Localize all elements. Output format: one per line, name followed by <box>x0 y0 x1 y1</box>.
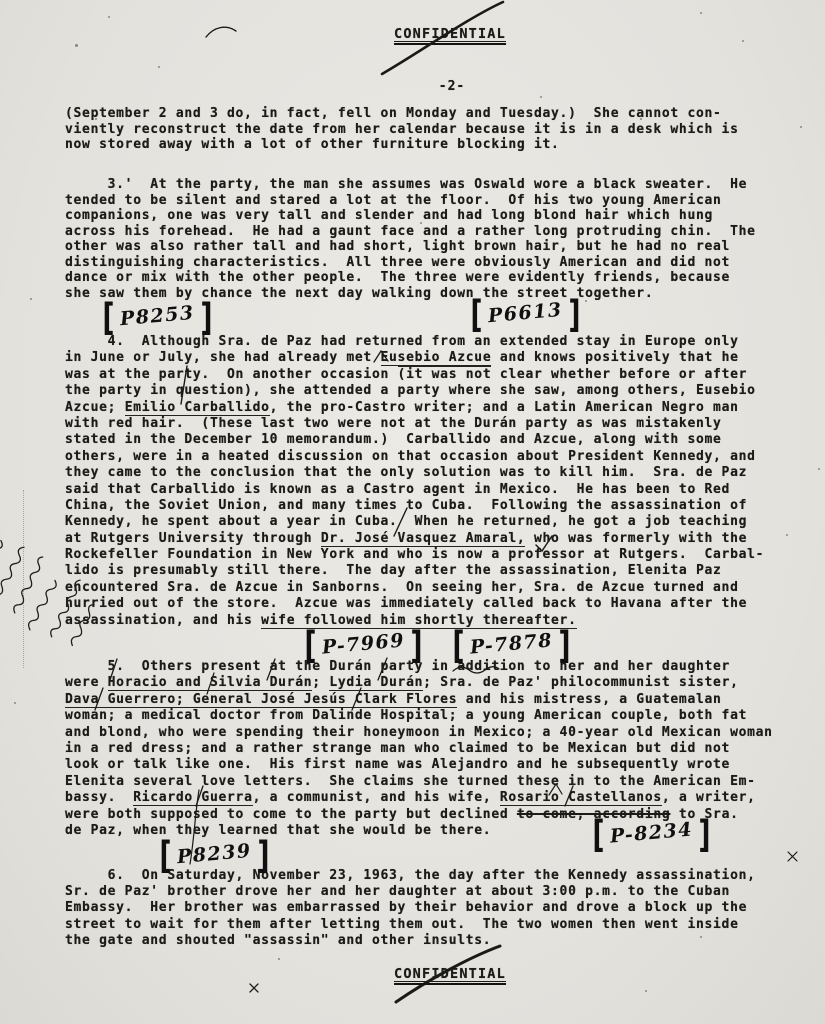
pen-x-mark <box>788 852 797 861</box>
text-line: in June or July, she had already met Eus… <box>65 350 764 366</box>
left-bracket-mark: [ <box>470 300 482 330</box>
text-line: the gate and shouted "assassin" and othe… <box>65 933 756 949</box>
text-line: Kennedy, he spent about a year in Cuba. … <box>65 514 764 530</box>
handwritten-bracket-note: [P-7969] <box>302 631 425 661</box>
speckle <box>420 222 422 224</box>
annotated-text: Rosario Castellanos <box>500 790 662 806</box>
speckle <box>742 40 744 42</box>
paragraph-5: 5. Others present at the Durán party in … <box>65 659 773 839</box>
paragraph-3: 3.' At the party, the man she assumes wa… <box>65 177 756 301</box>
left-bracket-mark: [ <box>102 303 114 333</box>
text-line: companions, one was very tall and slende… <box>65 208 756 224</box>
note-number: P6613 <box>487 299 563 327</box>
speckle <box>360 128 362 130</box>
note-number: P-7878 <box>469 629 554 658</box>
left-bracket-mark: [ <box>304 631 316 661</box>
speckle <box>818 468 820 470</box>
text-line: hurried out of the store. Azcue was imme… <box>65 596 764 612</box>
text-line: Azcue; Emilio Carballido, the pro-Castro… <box>65 400 764 416</box>
text-line: she saw them by chance the next day walk… <box>65 286 756 302</box>
handwritten-margin-note <box>0 488 100 688</box>
text-line: Embassy. Her brother was embarrassed by … <box>65 900 756 916</box>
note-number: P8239 <box>176 840 252 868</box>
text-line: said that Carballido is known as a Castr… <box>65 482 764 498</box>
annotated-text: Emilio Carballido <box>125 400 270 416</box>
note-number: P-8234 <box>609 818 694 847</box>
text-line: across his forehead. He had a gaunt face… <box>65 224 756 240</box>
text-line: China, the Soviet Union, and many times … <box>65 498 764 514</box>
speckle <box>30 298 32 300</box>
handwritten-bracket-note: [P-7878] <box>450 631 573 661</box>
speckle <box>645 990 647 992</box>
text-line: they came to the conclusion that the onl… <box>65 465 764 481</box>
text-line: bassy. Ricardo Guerra, a communist, and … <box>65 790 773 806</box>
paragraph-6: 6. On Saturday, November 23, 1963, the d… <box>65 868 756 949</box>
text-line: others, were in a heated discussion on t… <box>65 449 764 465</box>
left-bracket-mark: [ <box>452 631 464 661</box>
text-line: at Rutgers University through Dr. José V… <box>65 531 764 547</box>
annotated-text: Horacio and Silvia Durán <box>108 675 313 691</box>
speckle <box>95 118 97 120</box>
speckle <box>158 66 160 68</box>
paragraph-intro: (September 2 and 3 do, in fact, fell on … <box>65 106 739 153</box>
note-number: P8253 <box>119 302 195 330</box>
text-line: were Horacio and Silvia Durán; Lydia Dur… <box>65 675 773 691</box>
text-line: Elenita several love letters. She claims… <box>65 774 773 790</box>
document-page: CONFIDENTIAL -2- (September 2 and 3 do, … <box>0 0 825 1024</box>
text-line: 4. Although Sra. de Paz had returned fro… <box>65 334 764 350</box>
text-line: tended to be silent and stared a lot at … <box>65 193 756 209</box>
speckle <box>585 300 587 302</box>
speckle <box>14 702 16 704</box>
page-number: -2- <box>439 79 465 94</box>
note-number: P-7969 <box>321 629 406 658</box>
text-line: the party in question), she attended a p… <box>65 383 764 399</box>
text-line: 3.' At the party, the man she assumes wa… <box>65 177 756 193</box>
text-line: dance or mix with the other people. The … <box>65 270 756 286</box>
right-bracket-mark: ] <box>698 820 710 850</box>
speckle <box>108 16 110 18</box>
handwritten-bracket-note: [P6613] <box>468 300 583 330</box>
annotated-text: Dava Guerrero; General José Jesús Clark … <box>65 692 457 708</box>
paragraph-4: 4. Although Sra. de Paz had returned fro… <box>65 334 764 629</box>
right-bracket-mark: ] <box>200 303 212 333</box>
pen-x-mark <box>250 984 258 992</box>
text-line: (September 2 and 3 do, in fact, fell on … <box>65 106 739 122</box>
annotated-text: Dr. José Vasquez Amaral, <box>321 531 526 547</box>
right-bracket-mark: ] <box>257 841 269 871</box>
text-line: woman; a medical doctor from Dalinde Hos… <box>65 708 773 724</box>
right-bracket-mark: ] <box>558 631 570 661</box>
text-line: street to wait for them after letting th… <box>65 917 756 933</box>
speckle <box>75 44 78 47</box>
handwritten-bracket-note: [P8253] <box>100 303 215 333</box>
text-line: Dava Guerrero; General José Jesús Clark … <box>65 692 773 708</box>
text-line: now stored away with a lot of other furn… <box>65 137 739 153</box>
speckle <box>640 118 642 120</box>
text-line: lido is presumably still there. The day … <box>65 563 764 579</box>
left-bracket-mark: [ <box>159 841 171 871</box>
text-line: viently reconstruct the date from her ca… <box>65 122 739 138</box>
text-line: was at the party. On another occasion (i… <box>65 367 764 383</box>
speckle <box>786 534 788 536</box>
classification-stamp-top: CONFIDENTIAL <box>394 26 506 45</box>
left-bracket-mark: [ <box>592 820 604 850</box>
annotated-text: Eusebio Azcue <box>381 350 492 366</box>
text-line: Rockefeller Foundation in New York and w… <box>65 547 764 563</box>
annotated-text: Ricardo Guerra <box>133 790 252 806</box>
speckle <box>700 936 702 938</box>
text-line: other was also rather tall and had short… <box>65 239 756 255</box>
speckle <box>278 958 280 960</box>
text-line: stated in the December 10 memorandum.) C… <box>65 432 764 448</box>
text-line: distinguishing characteristics. All thre… <box>65 255 756 271</box>
speckle <box>540 96 542 98</box>
text-line: and blond, who were spending their honey… <box>65 725 773 741</box>
speckle <box>700 12 702 14</box>
right-bracket-mark: ] <box>568 300 580 330</box>
text-line: encountered Sra. de Azcue in Sanborns. O… <box>65 580 764 596</box>
speckle <box>800 126 802 128</box>
handwritten-bracket-note: [P-8234] <box>590 820 713 850</box>
pen-curl-mark <box>206 27 236 37</box>
text-line: in a red dress; and a rather strange man… <box>65 741 773 757</box>
classification-stamp-bottom: CONFIDENTIAL <box>394 966 506 985</box>
text-line: Sr. de Paz' brother drove her and her da… <box>65 884 756 900</box>
right-bracket-mark: ] <box>410 631 422 661</box>
handwritten-bracket-note: [P8239] <box>157 841 272 871</box>
text-line: with red hair. (These last two were not … <box>65 416 764 432</box>
annotated-text: Lydia Durán <box>329 675 423 691</box>
text-line: look or talk like one. His first name wa… <box>65 757 773 773</box>
annotated-text: (it was not <box>398 366 492 382</box>
